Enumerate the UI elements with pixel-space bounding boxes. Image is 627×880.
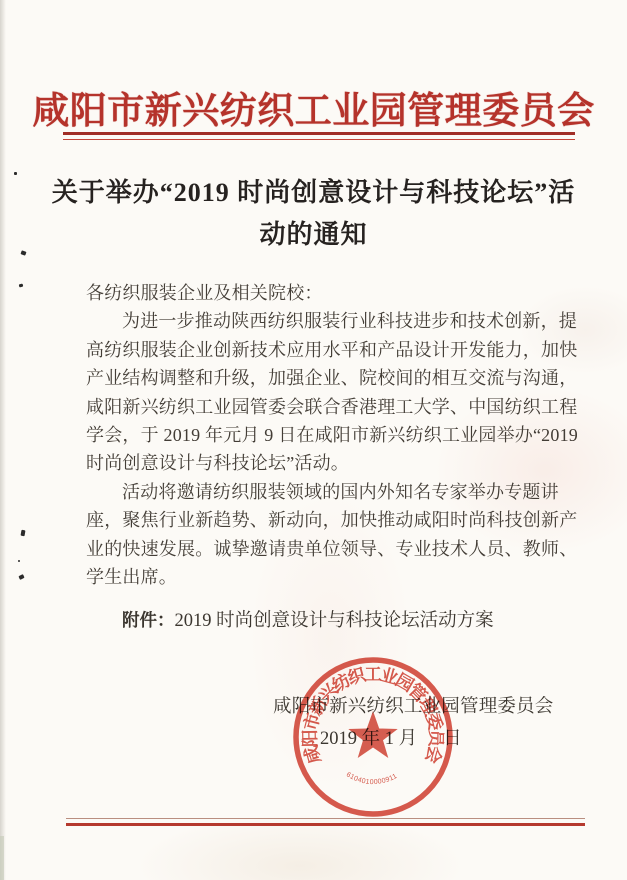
scanned-notice-page: 咸阳市新兴纺织工业园管理委员会 关于举办“2019 时尚创意设计与科技论坛”活 … [0, 0, 627, 880]
official-seal: 咸阳市新兴纺织工业园管理委员会 6104010000911 [283, 647, 463, 827]
body-line: 活动将邀请纺织服装领域的国内外知名专家举办专题讲 [86, 478, 580, 506]
document-title-line-2: 动的通知 [0, 214, 627, 256]
letterhead-rule-thin [63, 139, 575, 140]
attachment-text: 2019 时尚创意设计与科技论坛活动方案 [175, 611, 494, 631]
scan-speck [19, 284, 24, 288]
body-line: 学生出席。 [86, 563, 580, 591]
attachment-label: 附件： [122, 610, 175, 630]
letterhead-title: 咸阳市新兴纺织工业园管理委员会 [0, 80, 627, 134]
body-line: 座，聚焦行业新趋势、新动向，加快推动咸阳时尚科技创新产 [86, 506, 580, 534]
document-title: 关于举办“2019 时尚创意设计与科技论坛”活 动的通知 [0, 172, 627, 256]
body-line: 业的快速发展。诚挚邀请贵单位领导、专业技术人员、教师、 [86, 535, 580, 563]
body-line: 咸阳新兴纺织工业园管委会联合香港理工大学、中国纺织工程 [86, 393, 580, 421]
scan-corner-artifact [0, 836, 4, 880]
seal-star-icon [348, 711, 397, 758]
body-line: 高纺织服装企业创新技术应用水平和产品设计开发能力，加快 [86, 336, 580, 364]
body-paragraphs: 各纺织服装企业及相关院校： 为进一步推动陕西纺织服装行业科技进步和技术创新，提 … [86, 279, 580, 591]
body-line: 产业结构调整和升级，加强企业、院校间的相互交流与沟通， [86, 364, 580, 392]
salutation-line: 各纺织服装企业及相关院校： [86, 279, 580, 307]
body-line: 时尚创意设计与科技论坛”活动。 [86, 449, 580, 477]
document-title-line-1: 关于举办“2019 时尚创意设计与科技论坛”活 [0, 172, 627, 214]
scan-speck [18, 574, 24, 580]
attachment-line: 附件：2019 时尚创意设计与科技论坛活动方案 [122, 606, 494, 632]
letterhead-rule-thick [63, 132, 575, 135]
body-line: 学会，于 2019 年元月 9 日在咸阳市新兴纺织工业园举办“2019 [86, 421, 580, 449]
seal-serial-holder: 6104010000911 [345, 771, 398, 786]
scan-speck [21, 530, 26, 537]
seal-serial-number: 6104010000911 [345, 771, 398, 786]
scan-speck [18, 560, 20, 562]
scan-speck [14, 172, 17, 175]
footer-rule-red [66, 823, 585, 826]
body-line: 为进一步推动陕西纺织服装行业科技进步和技术创新，提 [86, 307, 580, 335]
footer-rule-thin [66, 818, 585, 819]
